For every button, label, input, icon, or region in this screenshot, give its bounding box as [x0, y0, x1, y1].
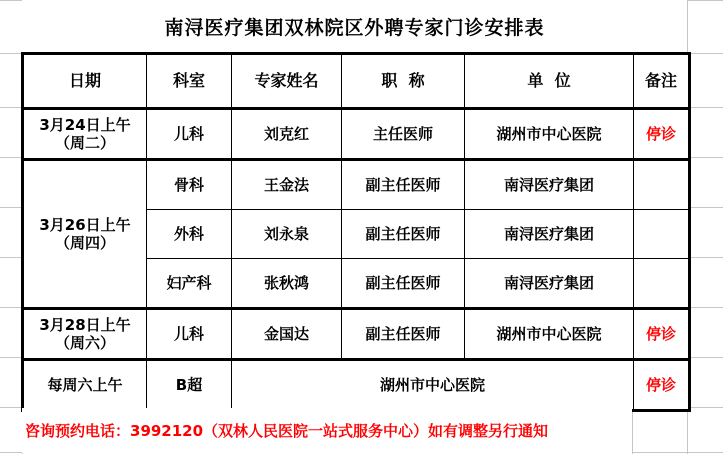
date-line1: 3月24日上午 — [24, 116, 146, 134]
dept-cell: 儿科 — [147, 109, 232, 160]
footer-notice: 咨询预约电话：3992120（双林人民医院一站式服务中心）如有调整另行通知 — [22, 408, 632, 453]
header-date: 日期 — [23, 54, 147, 109]
title-cell: 副主任医师 — [342, 309, 465, 360]
dept-cell: 骨科 — [147, 160, 232, 210]
table-row: 3月24日上午 （周二） 儿科 刘克红 主任医师 湖州市中心医院 停诊 — [23, 109, 690, 160]
unit-cell: 湖州市中心医院 — [465, 309, 634, 360]
dept-cell: 妇产科 — [147, 259, 232, 309]
expert-cell: 刘永泉 — [232, 210, 342, 259]
expert-cell: 张秋鸿 — [232, 259, 342, 309]
date-line1: 每周六上午 — [24, 376, 146, 394]
date-cell: 3月28日上午 （周六） — [23, 309, 147, 360]
date-line2: （周四） — [24, 234, 146, 252]
table-row: 3月26日上午 （周四） 骨科 王金法 副主任医师 南浔医疗集团 — [23, 160, 690, 210]
table-row: 3月28日上午 （周六） 儿科 金国达 副主任医师 湖州市中心医院 停诊 — [23, 309, 690, 360]
dept-cell: 外科 — [147, 210, 232, 259]
unit-cell: 湖州市中心医院 — [465, 109, 634, 160]
header-row: 日期 科室 专家姓名 职 称 单 位 备注 — [23, 54, 690, 109]
date-line2: （周六） — [24, 334, 146, 352]
header-unit: 单 位 — [465, 54, 634, 109]
date-line2: （周二） — [24, 134, 146, 152]
header-note: 备注 — [634, 54, 690, 109]
date-line1: 3月26日上午 — [24, 216, 146, 234]
note-cell — [634, 259, 690, 309]
note-cell: 停诊 — [634, 309, 690, 360]
date-cell: 每周六上午 — [23, 360, 147, 411]
unit-cell: 南浔医疗集团 — [465, 160, 634, 210]
date-cell: 3月24日上午 （周二） — [23, 109, 147, 160]
dept-cell: 儿科 — [147, 309, 232, 360]
dept-cell: B超 — [147, 360, 232, 411]
note-cell — [634, 160, 690, 210]
schedule-table: 日期 科室 专家姓名 职 称 单 位 备注 3月24日上午 （周二） 儿科 刘克… — [21, 52, 691, 412]
header-dept: 科室 — [147, 54, 232, 109]
expert-cell: 刘克红 — [232, 109, 342, 160]
date-line1: 3月28日上午 — [24, 316, 146, 334]
expert-cell: 王金法 — [232, 160, 342, 210]
unit-cell: 南浔医疗集团 — [465, 259, 634, 309]
note-cell: 停诊 — [634, 109, 690, 160]
header-expert: 专家姓名 — [232, 54, 342, 109]
note-cell: 停诊 — [634, 360, 690, 411]
unit-cell: 南浔医疗集团 — [465, 210, 634, 259]
page-title: 南浔医疗集团双林院区外聘专家门诊安排表 — [22, 0, 687, 53]
title-cell: 主任医师 — [342, 109, 465, 160]
table-row: 每周六上午 B超 湖州市中心医院 停诊 — [23, 360, 690, 411]
header-title: 职 称 — [342, 54, 465, 109]
title-cell: 副主任医师 — [342, 160, 465, 210]
expert-cell: 金国达 — [232, 309, 342, 360]
unit-cell: 湖州市中心医院 — [232, 360, 634, 411]
title-cell: 副主任医师 — [342, 210, 465, 259]
date-cell: 3月26日上午 （周四） — [23, 160, 147, 309]
title-cell: 副主任医师 — [342, 259, 465, 309]
note-cell — [634, 210, 690, 259]
